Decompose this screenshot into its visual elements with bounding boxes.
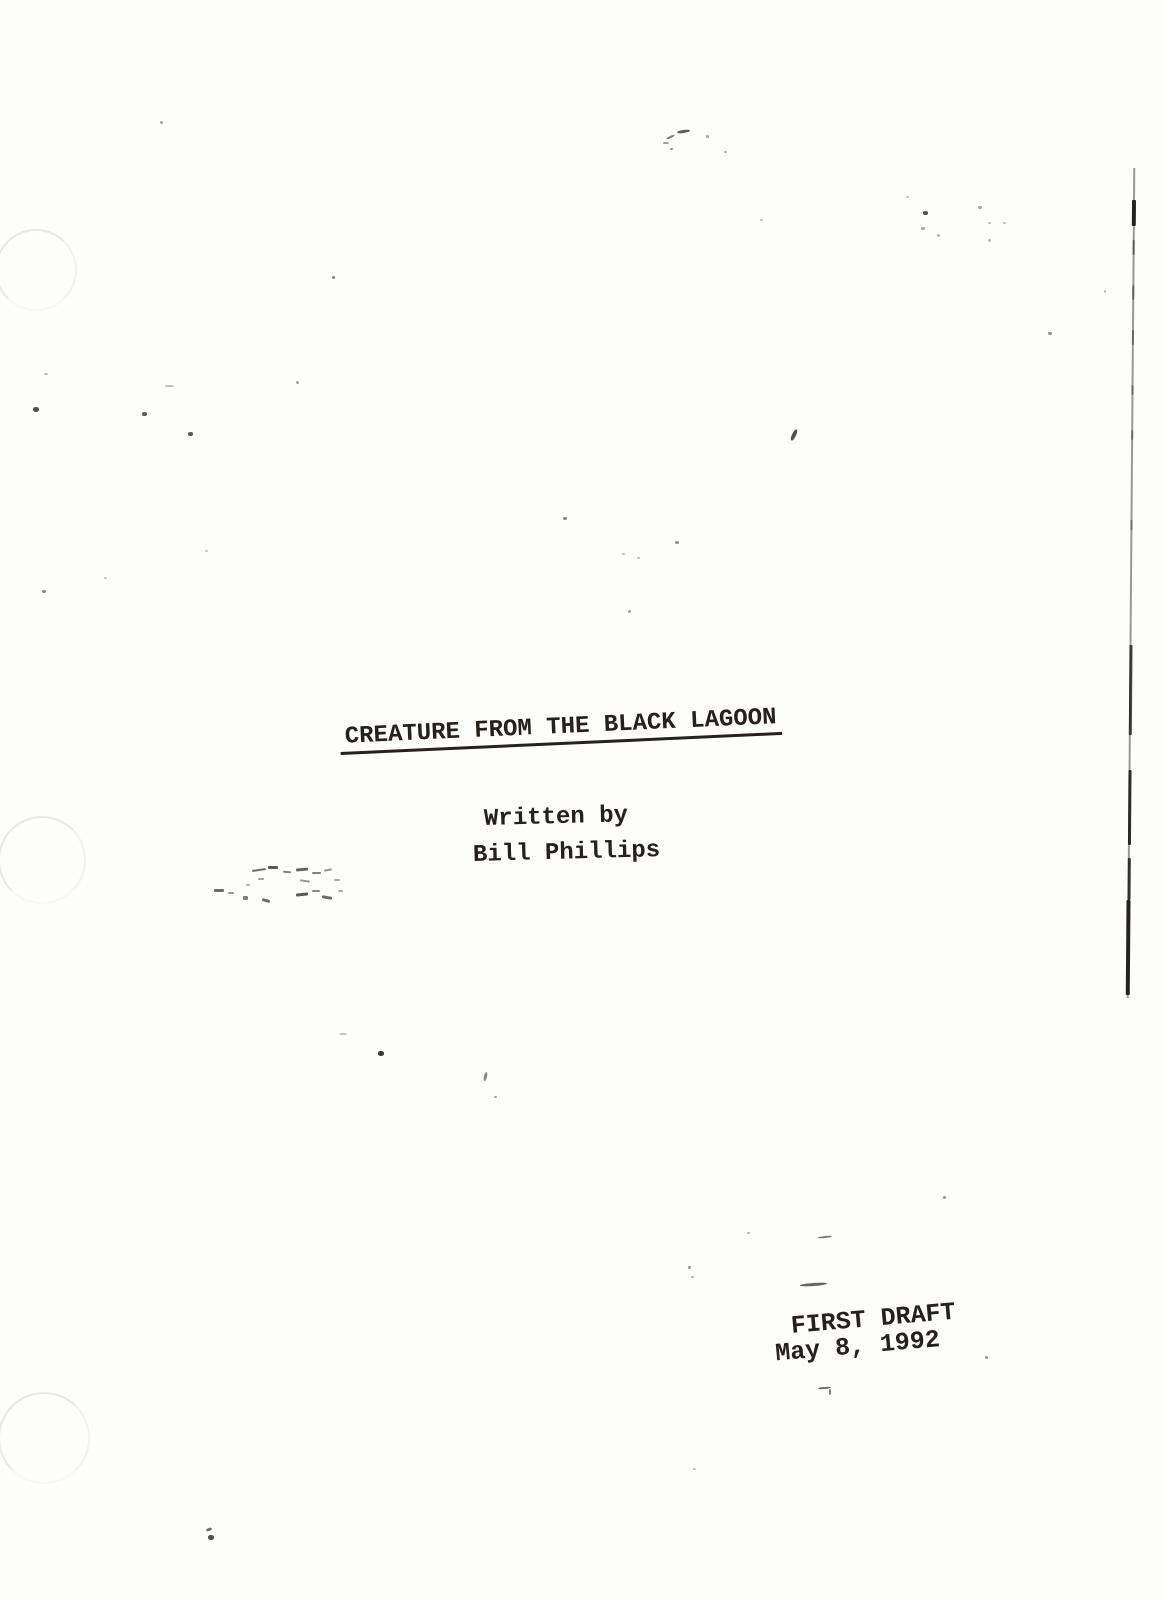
speck-layer <box>0 0 1163 1600</box>
smudge-mark <box>268 866 278 869</box>
smudge-mark <box>296 892 308 896</box>
speck <box>906 196 909 198</box>
speck <box>747 1232 750 1234</box>
speck <box>637 557 640 559</box>
speck <box>33 407 39 412</box>
smudge-mark <box>262 898 271 903</box>
speck <box>208 1535 214 1540</box>
speck <box>800 1282 827 1287</box>
speck <box>563 517 567 520</box>
speck <box>943 1196 946 1199</box>
speck <box>622 553 625 555</box>
speck <box>923 211 928 215</box>
smudge-mark <box>312 872 321 874</box>
speck <box>988 239 991 242</box>
hole-punch <box>0 816 86 904</box>
scan-line-segment <box>1128 645 1132 735</box>
scan-line-segment <box>1132 200 1136 226</box>
speck <box>628 610 631 613</box>
speck <box>494 1096 497 1098</box>
speck <box>677 129 690 134</box>
scan-line-segment <box>1130 520 1132 530</box>
scan-line-segment <box>1131 385 1133 395</box>
smudge-mark <box>338 890 343 892</box>
speck <box>978 206 982 209</box>
smudge-mark <box>322 895 332 900</box>
speck <box>160 121 163 124</box>
speck <box>688 1266 691 1269</box>
speck <box>985 1356 988 1359</box>
speck <box>666 134 675 140</box>
speck <box>483 1072 488 1081</box>
smudge-mark <box>252 868 266 872</box>
smudge-mark <box>324 868 332 871</box>
scan-line-segment <box>1126 900 1131 995</box>
smudge-mark <box>296 867 308 871</box>
draft-stamp: FIRST DRAFT May 8, 1992 <box>790 1300 959 1366</box>
smudge-mark <box>283 871 291 874</box>
speck <box>937 234 940 237</box>
speck <box>378 1051 384 1056</box>
speck <box>42 590 46 593</box>
ink-smudge <box>0 0 1163 1600</box>
scanned-page: CREATURE FROM THE BLACK LAGOON Written b… <box>0 0 1163 1600</box>
scan-artifact-line <box>1125 168 1138 998</box>
speck <box>706 135 709 138</box>
speck <box>188 432 193 436</box>
speck <box>921 227 925 230</box>
speck <box>724 151 727 153</box>
speck <box>332 276 335 279</box>
speck <box>205 550 208 552</box>
hole-punch-layer <box>0 0 1163 1600</box>
scan-line-segment <box>1127 858 1130 900</box>
speck <box>790 429 799 442</box>
smudge-mark <box>312 890 320 892</box>
smudge-mark <box>243 896 248 900</box>
scan-line-segment <box>1132 285 1134 300</box>
script-title: CREATURE FROM THE BLACK LAGOON <box>339 704 782 755</box>
speck <box>663 142 669 144</box>
byline-label: Written by <box>484 802 629 833</box>
scan-line-segment <box>1127 770 1131 845</box>
scan-line-segment <box>1132 330 1134 345</box>
smudge-mark <box>300 879 310 882</box>
speck <box>829 1389 831 1395</box>
speck <box>1104 290 1106 293</box>
speck <box>44 373 48 375</box>
smudge-mark <box>214 889 224 892</box>
speck <box>1003 222 1006 224</box>
smudge-mark <box>334 879 340 881</box>
speck <box>818 1235 832 1238</box>
speck <box>142 412 147 416</box>
speck <box>206 1527 213 1532</box>
speck <box>988 222 991 224</box>
smudge-mark <box>246 884 250 886</box>
hole-punch <box>0 1392 90 1484</box>
speck <box>693 1468 696 1470</box>
scan-line-segment <box>1133 240 1135 255</box>
speck <box>339 1033 347 1035</box>
speck <box>165 385 174 387</box>
smudge-mark <box>228 892 234 894</box>
speck <box>818 1386 831 1389</box>
speck <box>760 219 763 221</box>
hole-punch <box>0 229 77 311</box>
speck <box>670 148 673 150</box>
speck <box>1048 332 1052 335</box>
speck <box>296 381 299 384</box>
smudge-mark <box>258 878 264 880</box>
scan-line-segment <box>1131 430 1133 440</box>
speck <box>675 541 679 544</box>
speck <box>691 1276 694 1278</box>
author-name: Bill Phillips <box>473 837 661 869</box>
speck <box>104 577 107 579</box>
